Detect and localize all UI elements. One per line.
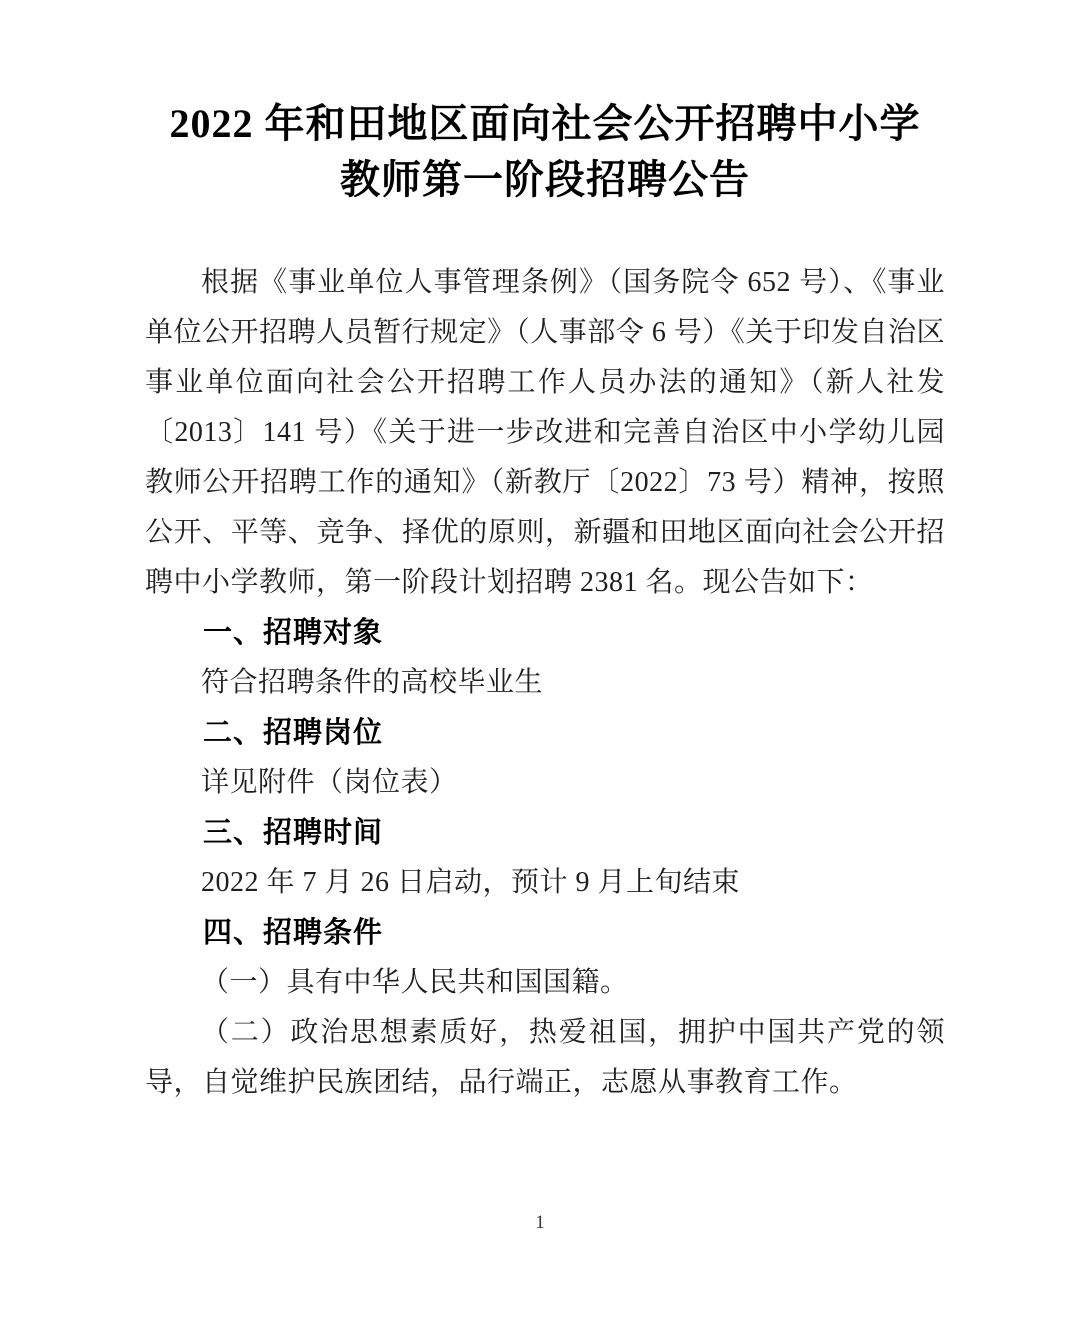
document-title-line-2: 教师第一阶段招聘公告 (145, 152, 945, 208)
section-heading-recruit-target: 一、招聘对象 (145, 608, 945, 658)
section-heading-recruit-conditions: 四、招聘条件 (145, 908, 945, 958)
intro-paragraph: 根据《事业单位人事管理条例》（国务院令 652 号）、《事业单位公开招聘人员暂行… (145, 258, 945, 608)
section-body-condition-2: （二）政治思想素质好，热爱祖国，拥护中国共产党的领导，自觉维护民族团结，品行端正… (145, 1008, 945, 1108)
page-number: 1 (535, 1212, 545, 1233)
section-body-recruit-time: 2022 年 7 月 26 日启动，预计 9 月上旬结束 (145, 858, 945, 908)
section-heading-recruit-posts: 二、招聘岗位 (145, 708, 945, 758)
section-body-recruit-posts: 详见附件（岗位表） (145, 758, 945, 808)
document-page: 2022 年和田地区面向社会公开招聘中小学 教师第一阶段招聘公告 根据《事业单位… (0, 0, 1080, 1331)
document-title: 2022 年和田地区面向社会公开招聘中小学 教师第一阶段招聘公告 (145, 96, 945, 208)
section-body-condition-1: （一）具有中华人民共和国国籍。 (145, 958, 945, 1008)
section-heading-recruit-time: 三、招聘时间 (145, 808, 945, 858)
document-title-line-1: 2022 年和田地区面向社会公开招聘中小学 (145, 96, 945, 152)
section-body-recruit-target: 符合招聘条件的高校毕业生 (145, 658, 945, 708)
page-footer: 1 (0, 1212, 1080, 1234)
